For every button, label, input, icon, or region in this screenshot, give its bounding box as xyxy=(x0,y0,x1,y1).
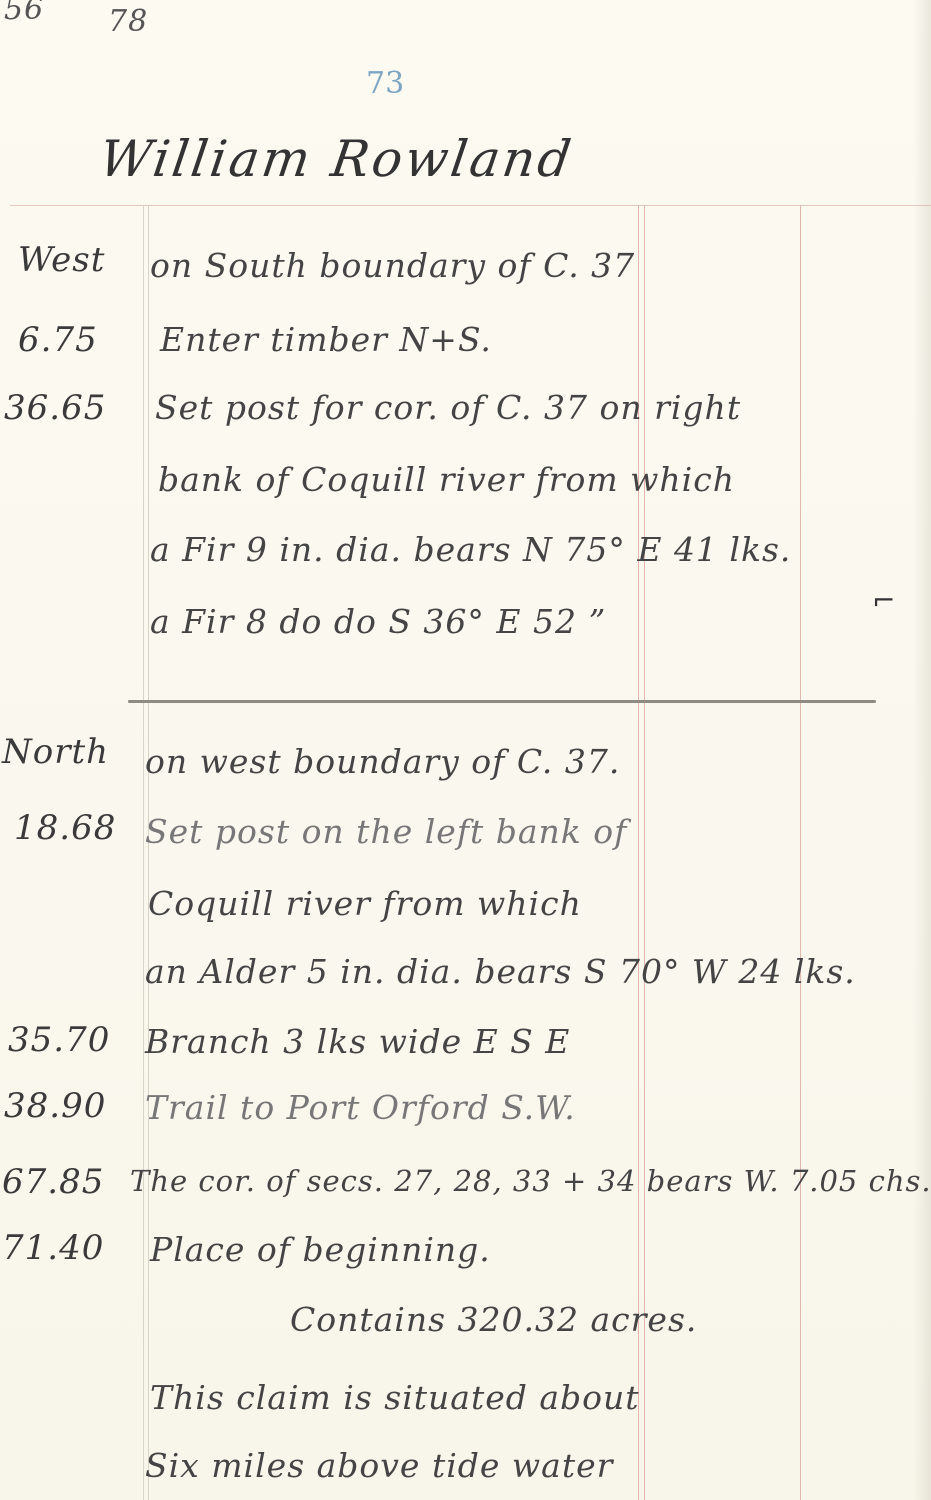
entry-text: Branch 3 lks wide E S E xyxy=(145,1022,570,1061)
entry-distance: 18.68 xyxy=(14,808,116,848)
corner-note-1: 56 xyxy=(4,0,44,27)
entry-text: The cor. of secs. 27, 28, 33 + 34 bears … xyxy=(130,1164,931,1198)
section-divider xyxy=(128,700,876,703)
entry-text: Trail to Port Orford S.W. xyxy=(145,1088,576,1127)
column-rule-2 xyxy=(800,205,801,1500)
ledger-page: 56 78 73 William Rowland West on South b… xyxy=(0,0,931,1500)
claimant-name: William Rowland xyxy=(96,130,577,188)
entry-text: a Fir 8 do do S 36° E 52 ” xyxy=(150,602,606,641)
entry-text: Place of beginning. xyxy=(150,1230,491,1269)
section-heading-west: West xyxy=(18,240,105,280)
entry-distance: 67.85 xyxy=(2,1162,104,1202)
entry-text: a Fir 9 in. dia. bears N 75° E 41 lks. xyxy=(150,530,791,569)
entry-text: bank of Coquill river from which xyxy=(158,460,735,499)
entry-text: Enter timber N+S. xyxy=(160,320,492,359)
entry-distance: 38.90 xyxy=(4,1086,106,1126)
section-heading-north: North xyxy=(2,732,109,772)
margin-mark: ⌐ xyxy=(872,584,896,617)
entry-distance: 71.40 xyxy=(2,1228,104,1268)
entry-text: Coquill river from which xyxy=(148,884,582,923)
entry-distance: 35.70 xyxy=(8,1020,110,1060)
entry-text: Set post on the left bank of xyxy=(145,812,627,851)
stamp-number: 73 xyxy=(366,66,404,101)
corner-note-2: 78 xyxy=(108,4,148,39)
closing-line-2: Six miles above tide water xyxy=(145,1446,613,1485)
entry-text: an Alder 5 in. dia. bears S 70° W 24 lks… xyxy=(145,952,856,991)
entry-distance: 6.75 xyxy=(18,320,98,360)
margin-rule-left xyxy=(143,205,144,1500)
acreage-total: Contains 320.32 acres. xyxy=(290,1300,697,1339)
entry-distance: 36.65 xyxy=(4,388,106,428)
margin-rule-right xyxy=(148,205,149,1500)
closing-line-1: This claim is situated about xyxy=(150,1378,640,1417)
entry-text: on west boundary of C. 37. xyxy=(145,742,620,781)
page-edge-shadow xyxy=(913,0,931,1500)
entry-text: on South boundary of C. 37 xyxy=(150,246,635,285)
entry-text: Set post for cor. of C. 37 on right xyxy=(155,388,741,427)
